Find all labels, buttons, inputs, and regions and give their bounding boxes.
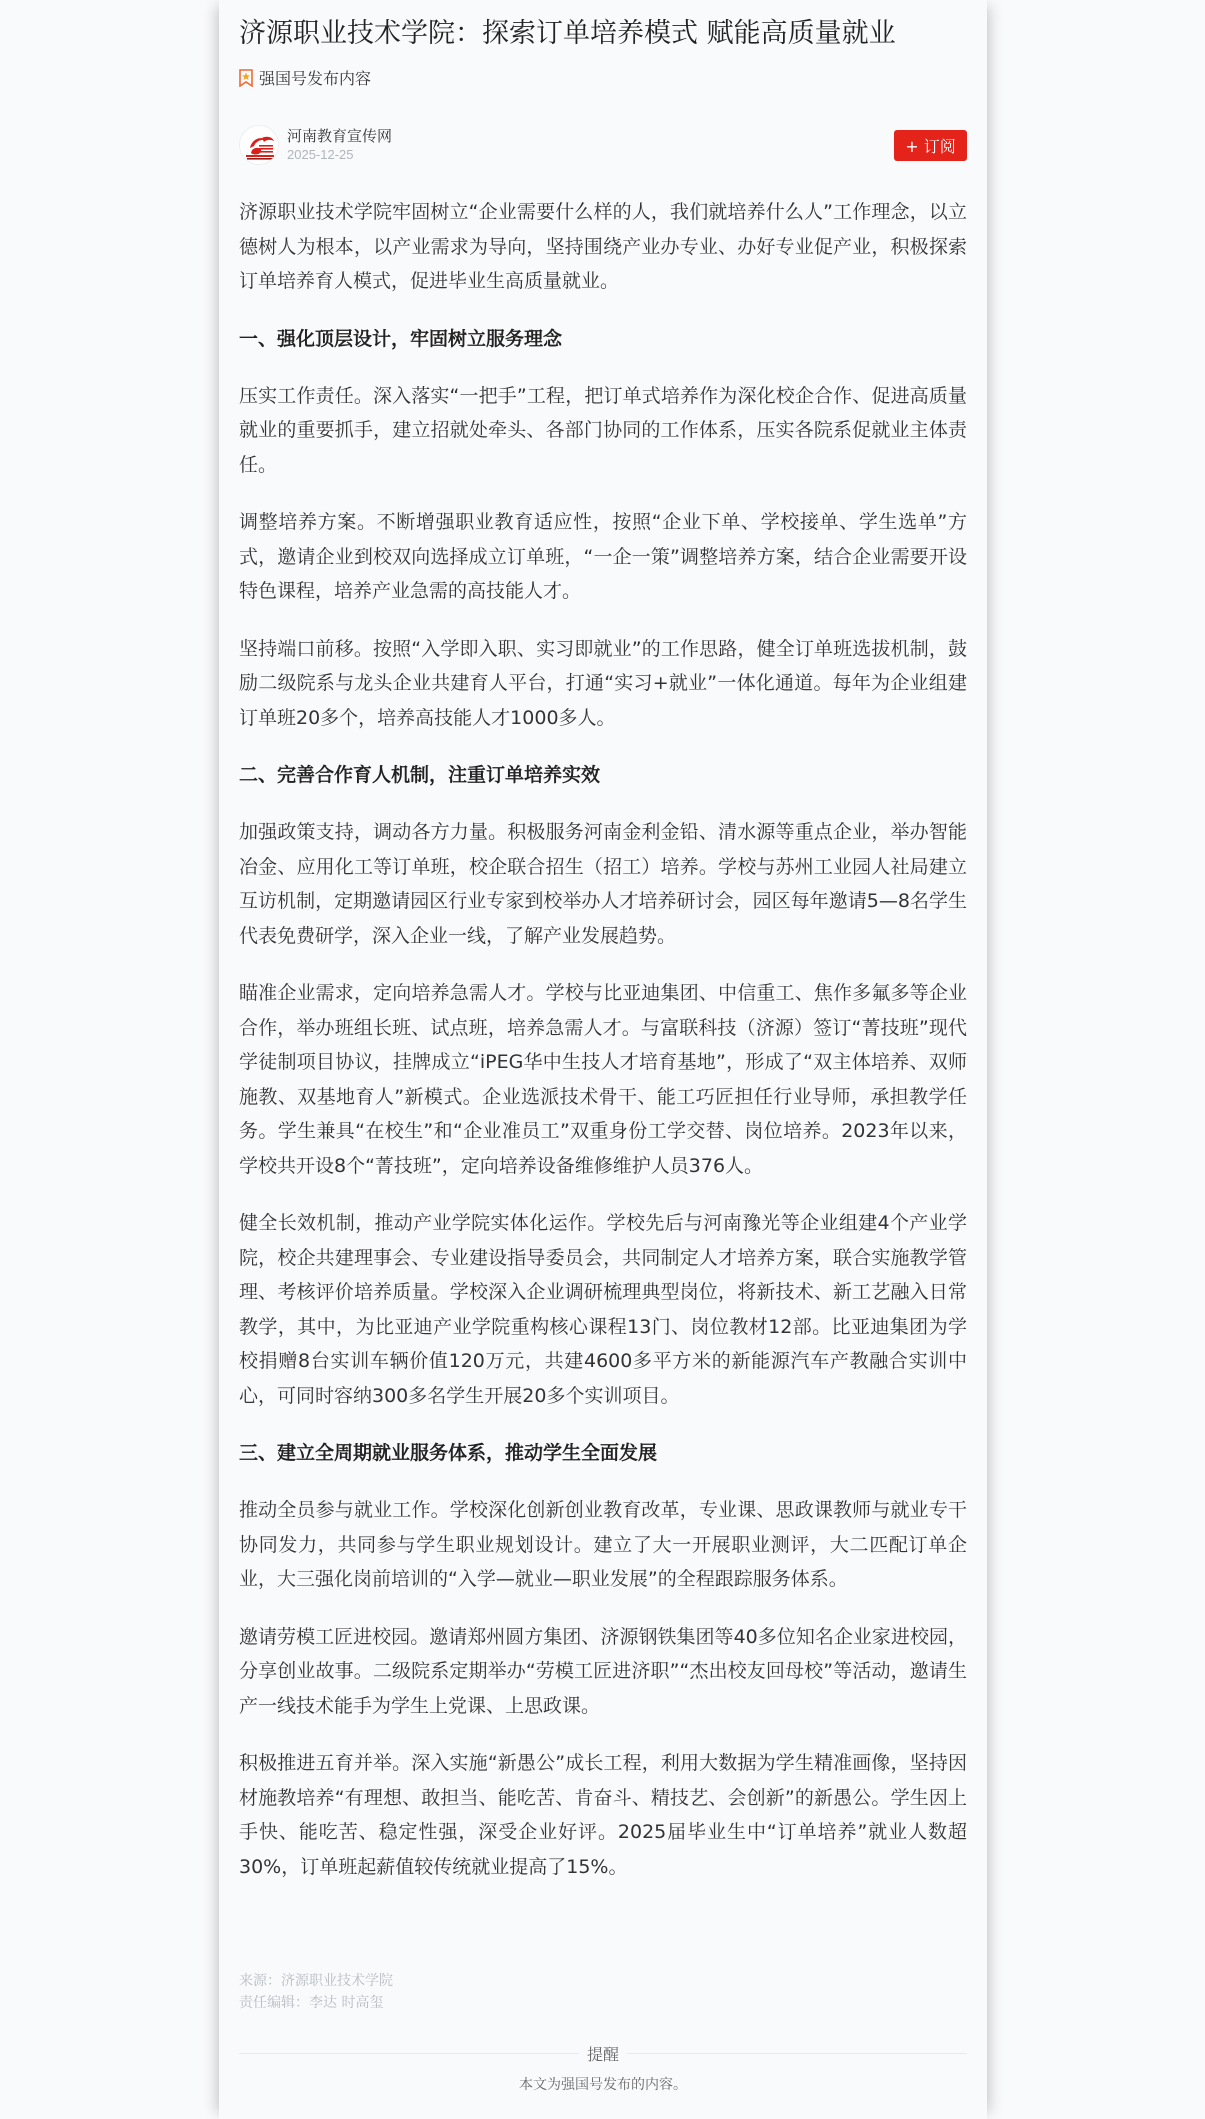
author-row: 河南教育宣传网 2025-12-25 + 订阅 xyxy=(239,124,967,166)
divider-line-left xyxy=(239,2053,579,2054)
article-title: 济源职业技术学院：探索订单培养模式 赋能高质量就业 xyxy=(239,14,969,54)
reminder-title: 提醒 xyxy=(579,2042,627,2065)
paragraph: 健全长效机制，推动产业学院实体化运作。学校先后与河南豫光等企业组建4个产业学院，… xyxy=(239,1206,967,1413)
reminder-divider: 提醒 xyxy=(239,2041,967,2065)
paragraph: 压实工作责任。深入落实“一把手”工程，把订单式培养作为深化校企合作、促进高质量就… xyxy=(239,379,967,483)
subscribe-button[interactable]: + 订阅 xyxy=(894,130,967,161)
source-tag-label: 强国号发布内容 xyxy=(259,66,371,89)
paragraph: 推动全员参与就业工作。学校深化创新创业教育改革，专业课、思政课教师与就业专干协同… xyxy=(239,1493,967,1597)
source-tag: 强国号发布内容 xyxy=(239,66,371,89)
henan-education-logo-icon xyxy=(240,126,279,165)
publish-date: 2025-12-25 xyxy=(287,146,392,164)
paragraph: 积极推进五育并举。深入实施“新愚公”成长工程，利用大数据为学生精准画像，坚持因材… xyxy=(239,1746,967,1884)
paragraph: 坚持端口前移。按照“入学即入职、实习即就业”的工作思路，健全订单班选拔机制，鼓励… xyxy=(239,632,967,736)
avatar[interactable] xyxy=(239,125,279,165)
section-heading-2: 二、完善合作育人机制，注重订单培养实效 xyxy=(239,758,967,792)
article-footer-meta: 来源：济源职业技术学院 责任编辑：李达 时高玺 xyxy=(239,1970,393,2014)
source-line: 来源：济源职业技术学院 xyxy=(239,1970,393,1992)
paragraph: 加强政策支持，调动各方力量。积极服务河南金利金铅、清水源等重点企业，举办智能冶金… xyxy=(239,815,967,953)
article-card: 济源职业技术学院：探索订单培养模式 赋能高质量就业 强国号发布内容 xyxy=(219,0,987,2119)
article-body: 济源职业技术学院牢固树立“企业需要什么样的人，我们就培养什么人”工作理念，以立德… xyxy=(239,195,967,1907)
paragraph: 邀请劳模工匠进校园。邀请郑州圆方集团、济源钢铁集团等40多位知名企业家进校园，分… xyxy=(239,1620,967,1724)
section-heading-3: 三、建立全周期就业服务体系，推动学生全面发展 xyxy=(239,1436,967,1470)
section-heading-1: 一、强化顶层设计，牢固树立服务理念 xyxy=(239,322,967,356)
author-meta: 河南教育宣传网 2025-12-25 xyxy=(287,126,392,164)
editor-line: 责任编辑：李达 时高玺 xyxy=(239,1992,393,2014)
paragraph: 瞄准企业需求，定向培养急需人才。学校与比亚迪集团、中信重工、焦作多氟多等企业合作… xyxy=(239,976,967,1183)
paragraph: 调整培养方案。不断增强职业教育适应性，按照“企业下单、学校接单、学生选单”方式，… xyxy=(239,505,967,609)
divider-line-right xyxy=(627,2053,967,2054)
bookmark-star-icon xyxy=(239,69,253,87)
author-name[interactable]: 河南教育宣传网 xyxy=(287,126,392,146)
reminder-text: 本文为强国号发布的内容。 xyxy=(239,2074,967,2094)
paragraph-intro: 济源职业技术学院牢固树立“企业需要什么样的人，我们就培养什么人”工作理念，以立德… xyxy=(239,195,967,299)
